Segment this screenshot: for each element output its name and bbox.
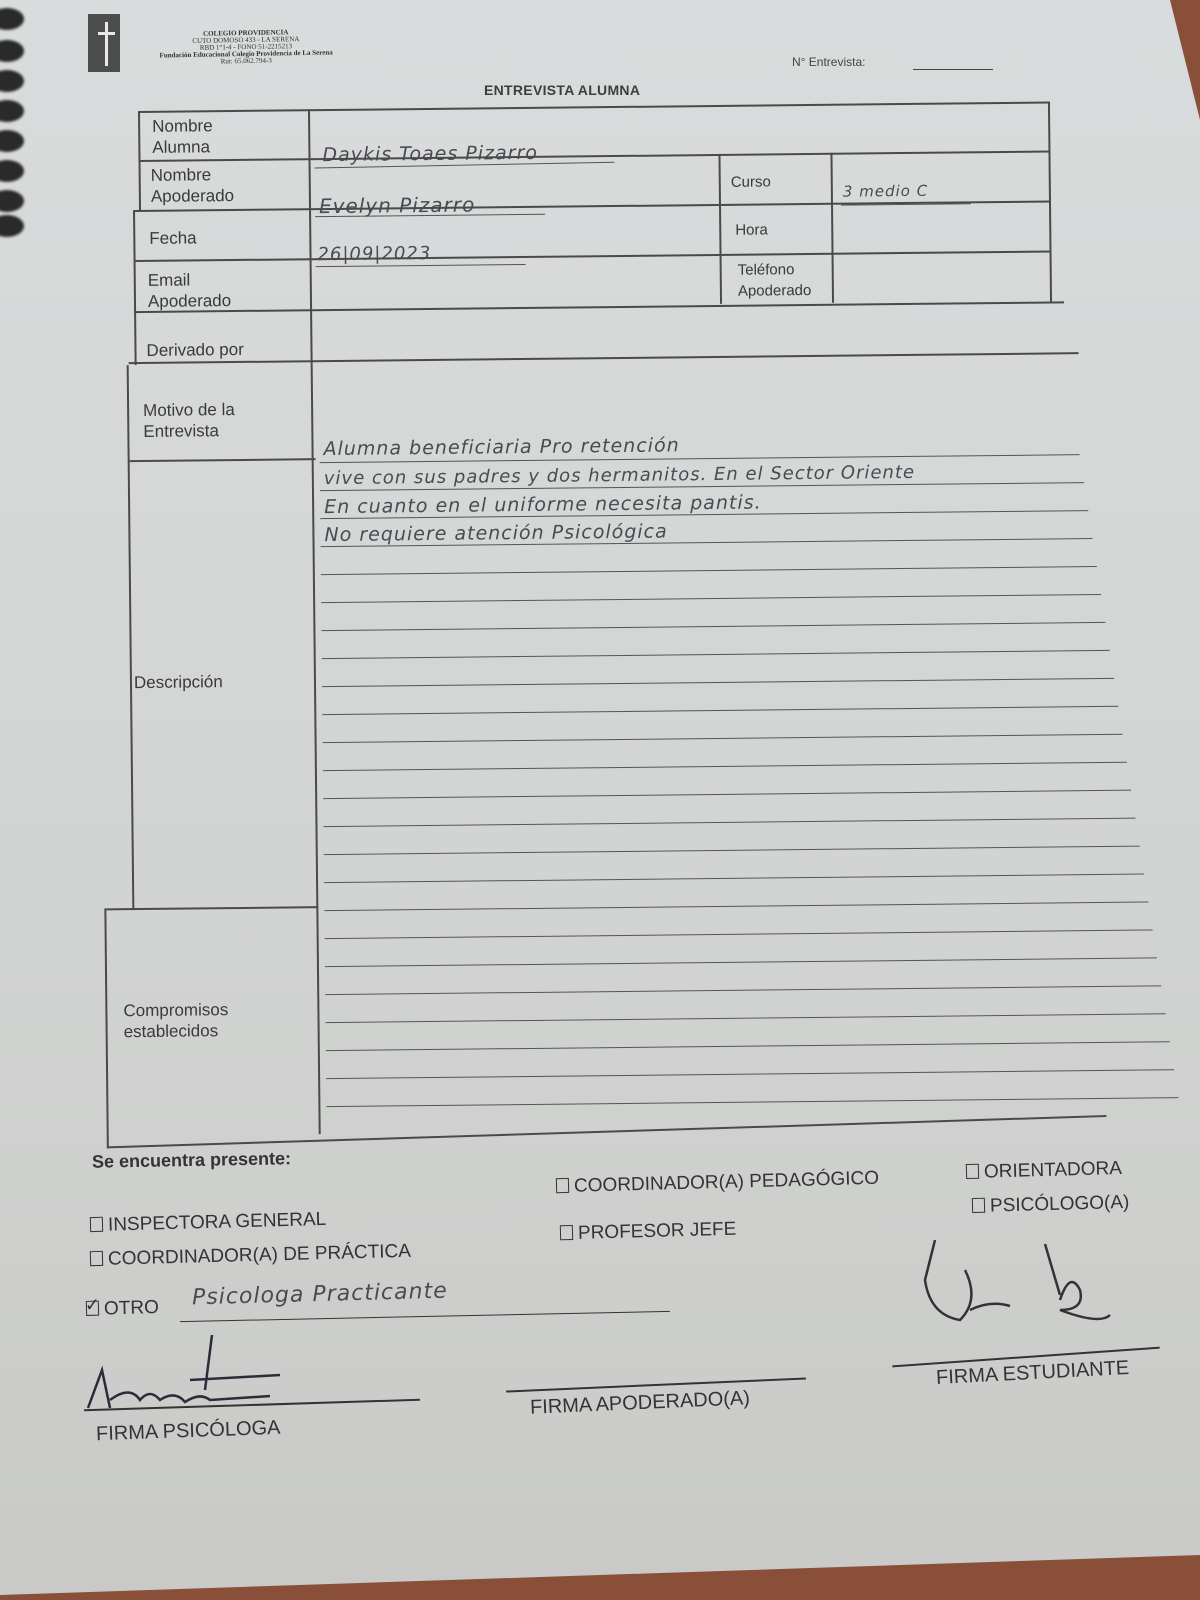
reason-label: Motivo de laEntrevista [143, 399, 235, 442]
checkbox-otro[interactable]: ✓OTRO [86, 1297, 159, 1321]
student-signature [900, 1240, 1140, 1340]
student-name-value[interactable]: Daykis Toaes Pizarro [322, 142, 538, 166]
checkbox-checked-icon[interactable]: ✓ [86, 1301, 99, 1316]
date-value[interactable]: 26|09|2023 [317, 243, 431, 265]
description-label: Descripción [134, 671, 223, 693]
course-label: Curso [731, 171, 771, 192]
time-label: Hora [735, 219, 768, 240]
checkbox-icon[interactable] [966, 1164, 979, 1179]
referred-by-label: Derivado por [146, 339, 244, 361]
guardian-name-label: NombreApoderado [151, 164, 235, 207]
guardian-email-label: EmailApoderado [148, 269, 232, 312]
present-heading: Se encuentra presente: [92, 1148, 291, 1172]
interview-form-table: NombreAlumna NombreApoderado Fecha Email… [0, 0, 1200, 1201]
checkbox-icon[interactable] [556, 1178, 569, 1193]
checkbox-profesor-jefe[interactable]: PROFESOR JEFE [560, 1219, 737, 1246]
checkbox-icon[interactable] [90, 1217, 103, 1232]
guardian-phone-label: TeléfonoApoderado [738, 259, 812, 302]
checkbox-icon[interactable] [560, 1225, 573, 1240]
checkbox-orientadora[interactable]: ORIENTADORA [966, 1158, 1122, 1184]
description-ruled-lines [0, 0, 1199, 1]
checkbox-icon[interactable] [972, 1198, 985, 1213]
date-label: Fecha [149, 227, 196, 248]
checkbox-icon[interactable] [90, 1251, 103, 1266]
student-name-label: NombreAlumna [152, 115, 213, 158]
commitments-label: Compromisosestablecidos [123, 999, 228, 1042]
description-line[interactable]: Alumna beneficiaria Pro retención [323, 434, 679, 460]
course-value[interactable]: 3 medio C [843, 182, 928, 201]
checkbox-psicologo[interactable]: PSICÓLOGO(A) [972, 1192, 1130, 1218]
